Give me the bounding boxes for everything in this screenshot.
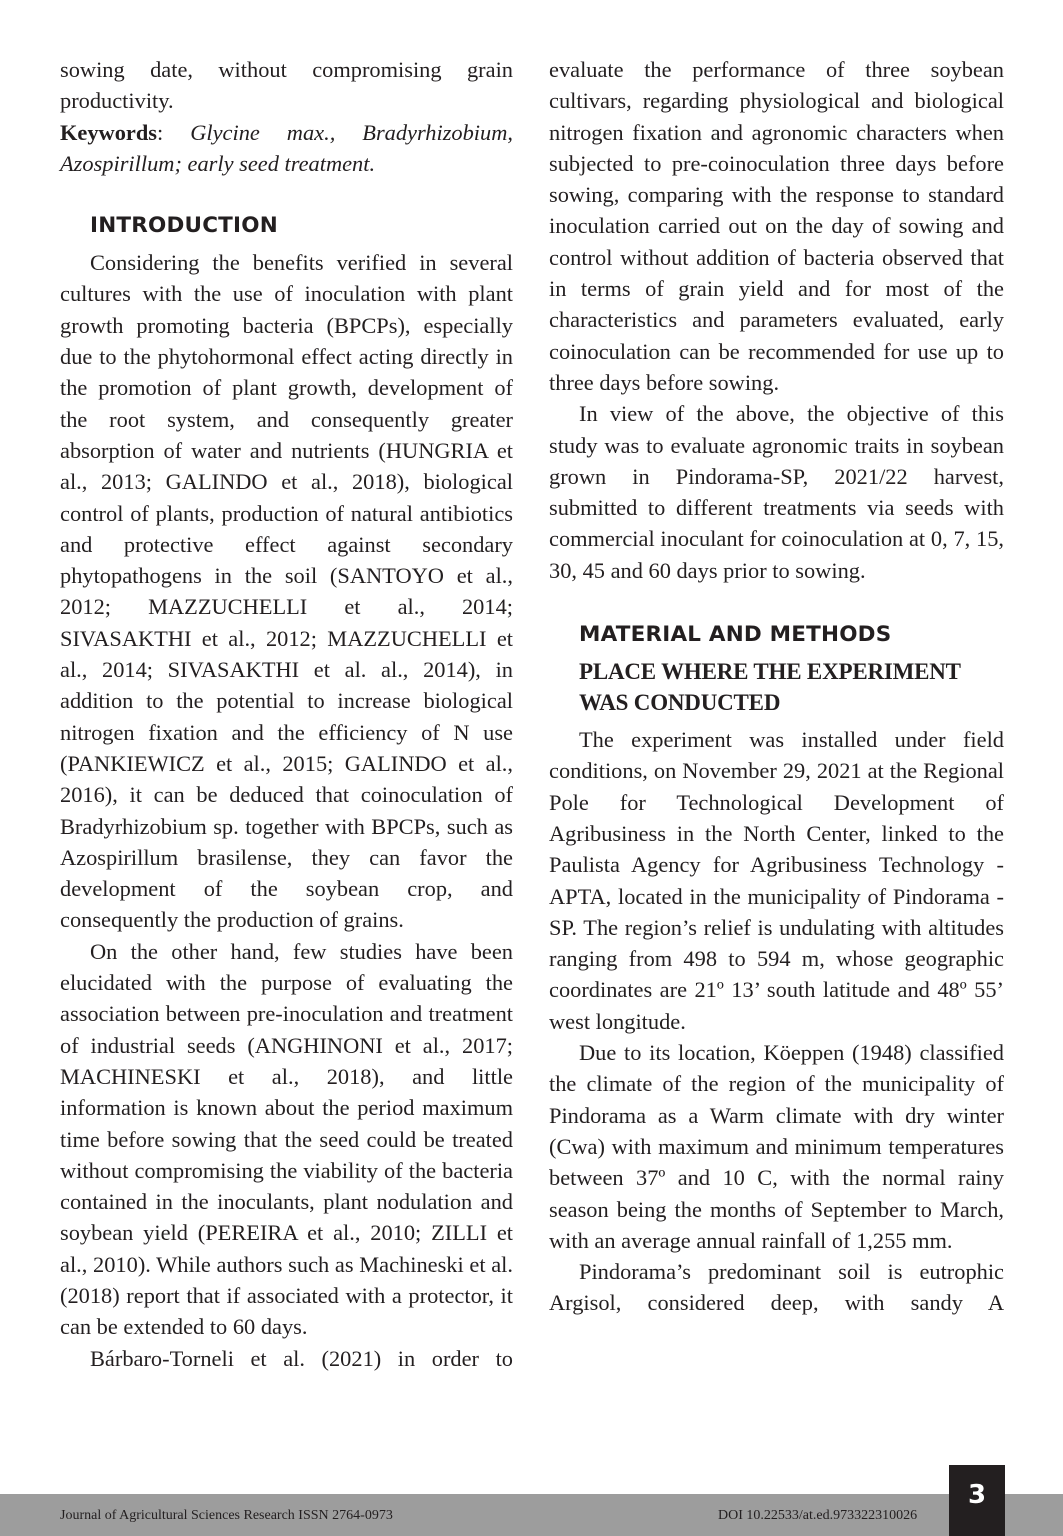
left-column: sowing date, without compromising grain … — [60, 54, 513, 1374]
intro-paragraph-1: Considering the benefits verified in sev… — [60, 247, 513, 936]
intro-paragraph-continued: evaluate the performance of three soybea… — [549, 54, 1004, 398]
keywords-separator: : — [157, 120, 190, 145]
objective-paragraph: In view of the above, the objective of t… — [549, 398, 1004, 586]
footer-doi: DOI 10.22533/at.ed.973322310026 — [718, 1508, 917, 1524]
abstract-tail: sowing date, without compromising grain … — [60, 54, 513, 117]
methods-paragraph-3: Pindorama’s predominant soil is eutrophi… — [549, 1256, 1004, 1319]
methods-paragraph-2: Due to its location, Köeppen (1948) clas… — [549, 1037, 1004, 1256]
keywords-label: Keywords — [60, 120, 157, 145]
page-number: 3 — [949, 1465, 1005, 1536]
keywords: Keywords: Glycine max., Bradyrhizobium, … — [60, 117, 513, 180]
intro-paragraph-3: Bárbaro-Torneli et al. (2021) in order t… — [60, 1343, 513, 1374]
methods-heading: MATERIAL AND METHODS — [579, 619, 1004, 650]
right-column: evaluate the performance of three soybea… — [549, 54, 1004, 1319]
methods-paragraph-1: The experiment was installed under field… — [549, 724, 1004, 1037]
introduction-heading: INTRODUCTION — [90, 210, 513, 241]
footer-journal-issn: Journal of Agricultural Sciences Researc… — [60, 1508, 393, 1524]
place-subheading: PLACE WHERE THE EXPERIMENT WAS CONDUCTED — [579, 656, 1004, 718]
intro-paragraph-2: On the other hand, few studies have been… — [60, 936, 513, 1343]
